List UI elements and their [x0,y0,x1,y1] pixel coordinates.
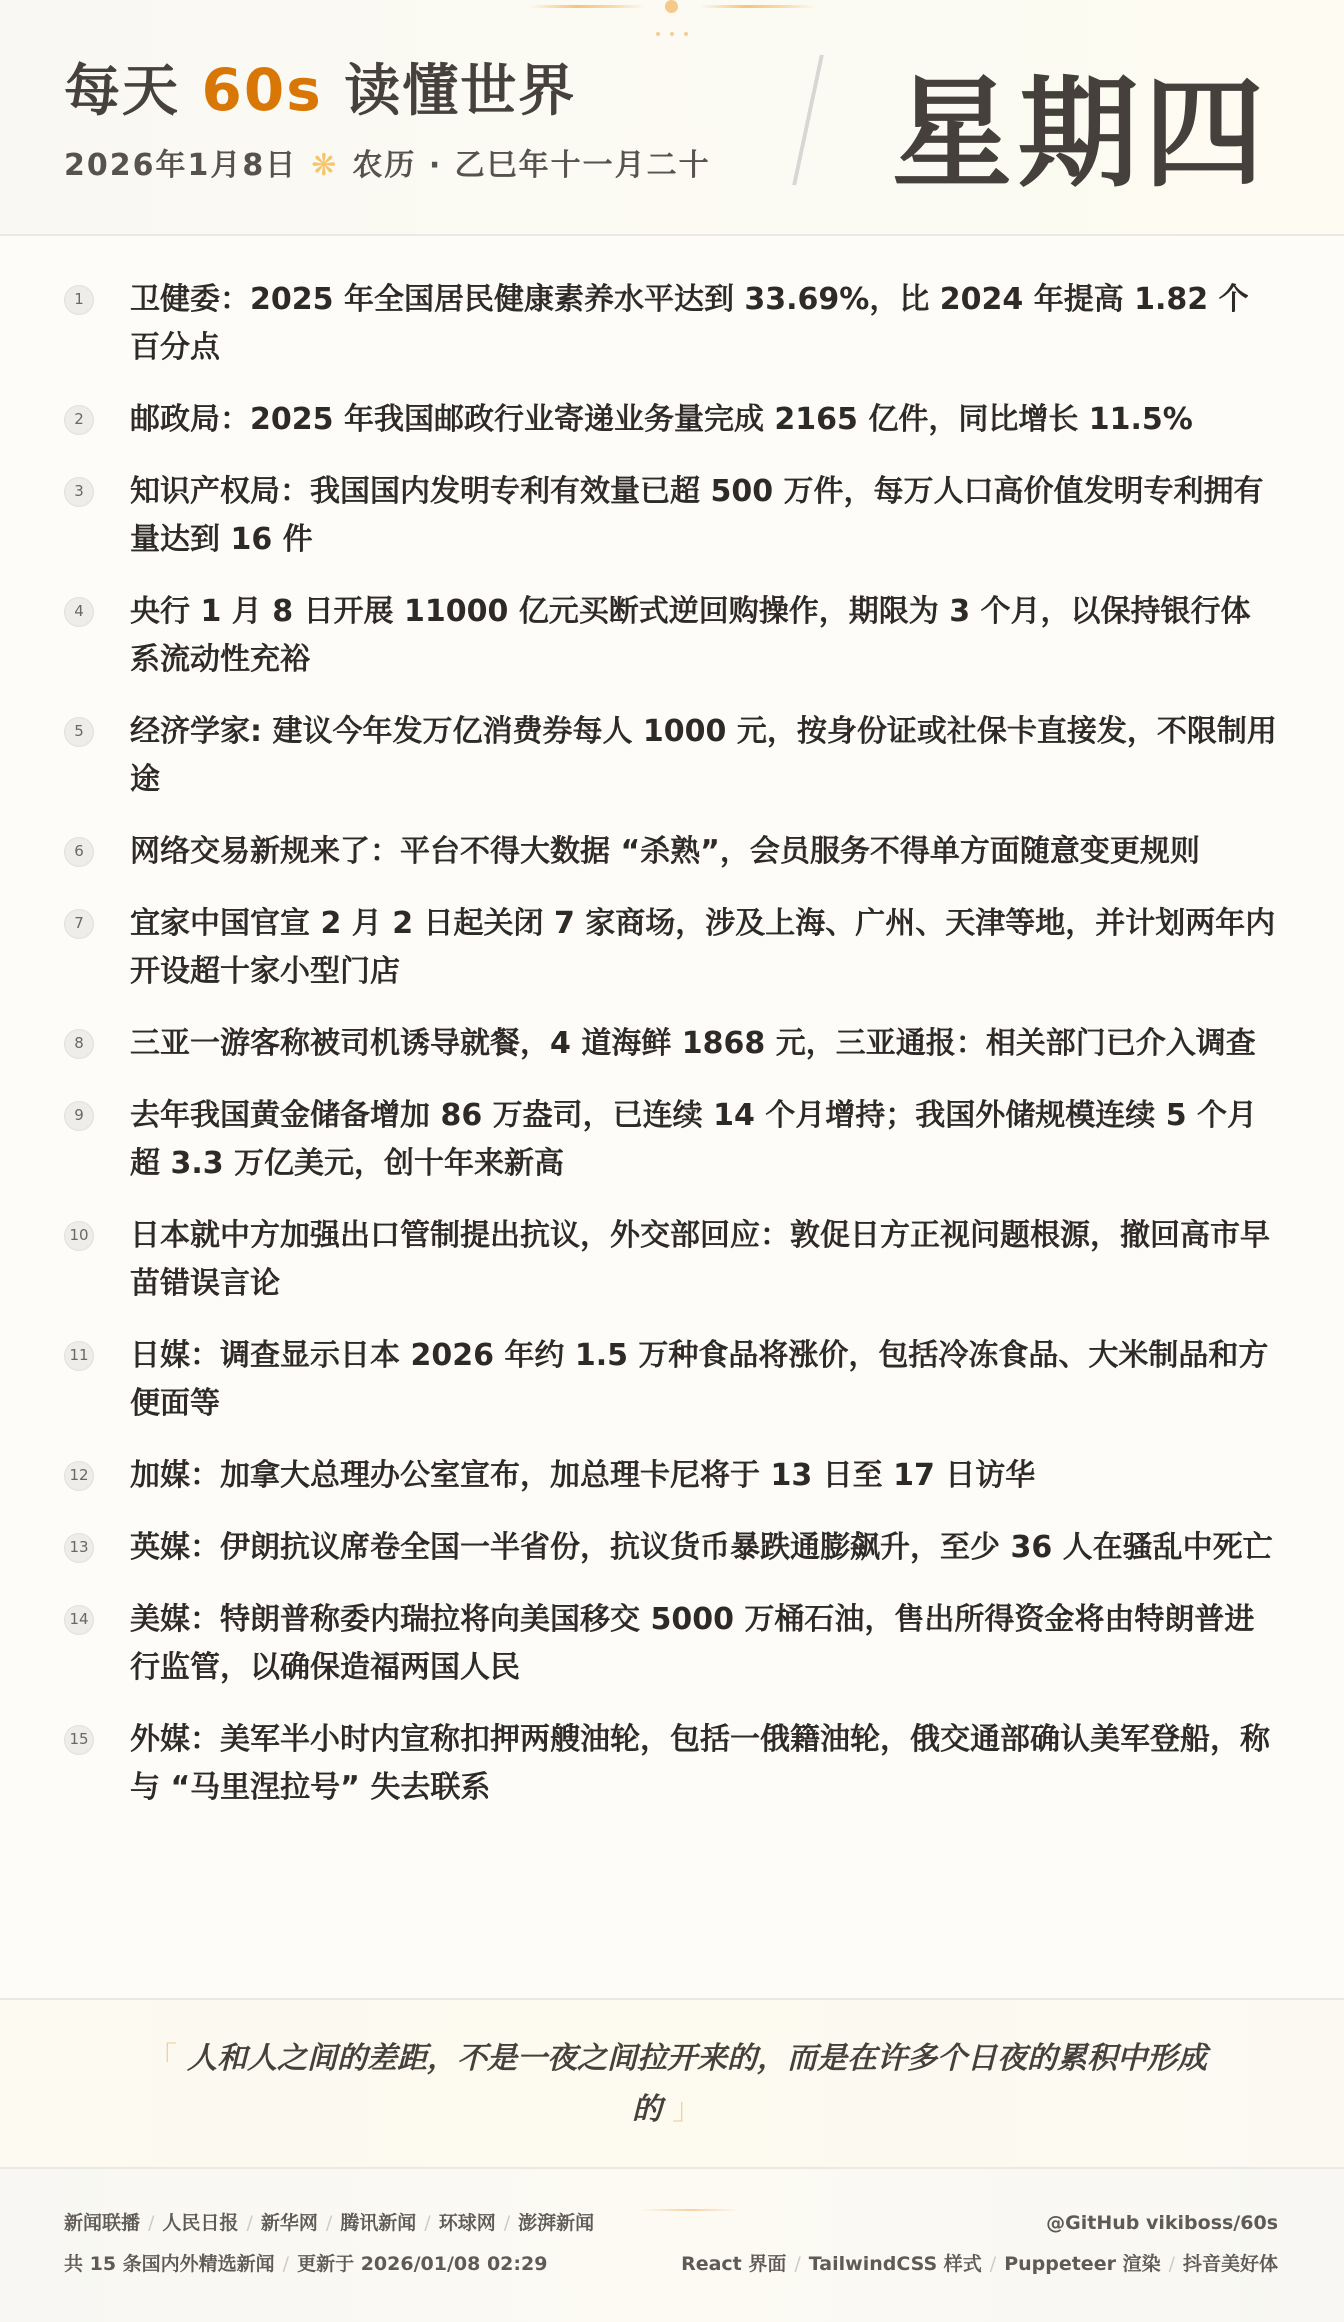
lunar-date: 农历 · 乙巳年十一月二十 [352,148,710,183]
news-count: 共 15 条国内外精选新闻 [64,2253,275,2275]
news-item: 3知识产权局：我国国内发明专利有效量已超 500 万件，每万人口高价值发明专利拥… [0,468,1344,564]
divider-slash [792,55,824,185]
item-number-badge: 2 [64,405,94,435]
news-item: 2邮政局：2025 年我国邮政行业寄递业务量完成 2165 亿件，同比增长 11… [0,396,1344,444]
news-item: 15外媒：美军半小时内宣称扣押两艘油轮，包括一俄籍油轮，俄交通部确认美军登船，称… [0,1716,1344,1812]
news-headline: 知识产权局：我国国内发明专利有效量已超 500 万件，每万人口高价值发明专利拥有… [130,468,1278,564]
top-decoration-dot [665,0,678,13]
separator: / [326,2212,332,2234]
weekday: 星期四 [892,50,1270,220]
item-number-badge: 9 [64,1101,94,1131]
news-headline: 外媒：美军半小时内宣称扣押两艘油轮，包括一俄籍油轮，俄交通部确认美军登船，称与 … [130,1716,1278,1812]
news-headline: 央行 1 月 8 日开展 11000 亿元买断式逆回购操作，期限为 3 个月，以… [130,588,1278,684]
separator: / [990,2253,996,2275]
quote-section: 「人和人之间的差距，不是一夜之间拉开来的，而是在许多个日夜的累积中形成的」 [0,1998,1344,2169]
tech-stack: React 界面/TailwindCSS 样式/Puppeteer 渲染/抖音美… [681,2251,1278,2277]
item-number-badge: 5 [64,717,94,747]
news-headline: 宜家中国官宣 2 月 2 日起关闭 7 家商场，涉及上海、广州、天津等地，并计划… [130,900,1278,996]
footer: 新闻联播/人民日报/新华网/腾讯新闻/环球网/澎湃新闻 共 15 条国内外精选新… [0,2169,1344,2322]
item-number-badge: 12 [64,1461,94,1491]
item-number-badge: 6 [64,837,94,867]
news-headline: 去年我国黄金储备增加 86 万盎司，已连续 14 个月增持；我国外储规模连续 5… [130,1092,1278,1188]
gregorian-date: 2026年1月8日 [64,148,297,183]
separator: / [148,2212,154,2234]
news-item: 5经济学家: 建议今年发万亿消费券每人 1000 元，按身份证或社保卡直接发，不… [0,708,1344,804]
news-item: 1卫健委：2025 年全国居民健康素养水平达到 33.69%，比 2024 年提… [0,276,1344,372]
item-number-badge: 13 [64,1533,94,1563]
item-number-badge: 4 [64,597,94,627]
separator: / [283,2253,289,2275]
news-headline: 网络交易新规来了：平台不得大数据 “杀熟”，会员服务不得单方面随意变更规则 [130,828,1278,876]
daily-quote: 「人和人之间的差距，不是一夜之间拉开来的，而是在许多个日夜的累积中形成的」 [112,2033,1232,2135]
news-source: 腾讯新闻 [340,2212,416,2234]
top-decoration-line-left [530,5,646,8]
news-headline: 卫健委：2025 年全国居民健康素养水平达到 33.69%，比 2024 年提高… [130,276,1278,372]
separator: / [246,2212,252,2234]
top-decoration-line-right [700,5,816,8]
news-headline: 加媒：加拿大总理办公室宣布，加总理卡尼将于 13 日至 17 日访华 [130,1452,1278,1500]
news-source: 人民日报 [162,2212,238,2234]
date-line: 2026年1月8日❋农历 · 乙巳年十一月二十 [64,146,711,186]
news-headline: 日本就中方加强出口管制提出抗议，外交部回应：敦促日方正视问题根源，撤回高市早苗错… [130,1212,1278,1308]
news-source: 澎湃新闻 [518,2212,594,2234]
separator: / [504,2212,510,2234]
item-number-badge: 3 [64,477,94,507]
item-number-badge: 10 [64,1221,94,1251]
decoration-dot-icon [656,32,660,36]
quote-close-mark: 」 [672,2092,702,2127]
github-credit: @GitHub vikiboss/60s [1046,2210,1278,2236]
news-item: 12加媒：加拿大总理办公室宣布，加总理卡尼将于 13 日至 17 日访华 [0,1452,1344,1500]
news-item: 9去年我国黄金储备增加 86 万盎司，已连续 14 个月增持；我国外储规模连续 … [0,1092,1344,1188]
news-headline: 美媒：特朗普称委内瑞拉将向美国移交 5000 万桶石油，售出所得资金将由特朗普进… [130,1596,1278,1692]
news-sources: 新闻联播/人民日报/新华网/腾讯新闻/环球网/澎湃新闻 [64,2210,594,2236]
separator: / [424,2212,430,2234]
news-item: 11日媒：调查显示日本 2026 年约 1.5 万种食品将涨价，包括冷冻食品、大… [0,1332,1344,1428]
item-number-badge: 1 [64,285,94,315]
news-meta: 共 15 条国内外精选新闻/更新于 2026/01/08 02:29 [64,2251,547,2277]
item-number-badge: 15 [64,1725,94,1755]
decoration-dot-icon [670,32,674,36]
title-suffix: 读懂世界 [323,59,577,124]
news-item: 7宜家中国官宣 2 月 2 日起关闭 7 家商场，涉及上海、广州、天津等地，并计… [0,900,1344,996]
tech-item: 抖音美好体 [1183,2253,1278,2275]
quote-open-mark: 「 [147,2041,177,2076]
tech-item: Puppeteer 渲染 [1004,2253,1160,2275]
news-list: 1卫健委：2025 年全国居民健康素养水平达到 33.69%，比 2024 年提… [0,276,1344,1836]
news-headline: 邮政局：2025 年我国邮政行业寄递业务量完成 2165 亿件，同比增长 11.… [130,396,1278,444]
page-title: 每天 60s 读懂世界 [64,52,576,130]
item-number-badge: 8 [64,1029,94,1059]
separator: / [1169,2253,1175,2275]
item-number-badge: 14 [64,1605,94,1635]
news-item: 8三亚一游客称被司机诱导就餐，4 道海鲜 1868 元，三亚通报：相关部门已介入… [0,1020,1344,1068]
header: 每天 60s 读懂世界 2026年1月8日❋农历 · 乙巳年十一月二十 星期四 [0,0,1344,236]
news-headline: 日媒：调查显示日本 2026 年约 1.5 万种食品将涨价，包括冷冻食品、大米制… [130,1332,1278,1428]
title-prefix: 每天 [64,59,202,124]
footer-decoration [640,2209,740,2211]
decoration-dot-icon [684,32,688,36]
news-item: 13英媒：伊朗抗议席卷全国一半省份，抗议货币暴跌通膨飙升，至少 36 人在骚乱中… [0,1524,1344,1572]
news-item: 6网络交易新规来了：平台不得大数据 “杀熟”，会员服务不得单方面随意变更规则 [0,828,1344,876]
title-accent: 60s [202,56,323,124]
flower-separator-icon: ❋ [311,148,338,183]
news-headline: 三亚一游客称被司机诱导就餐，4 道海鲜 1868 元，三亚通报：相关部门已介入调… [130,1020,1278,1068]
news-source: 环球网 [439,2212,496,2234]
update-time: 更新于 2026/01/08 02:29 [297,2253,547,2275]
news-source: 新华网 [261,2212,318,2234]
news-headline: 英媒：伊朗抗议席卷全国一半省份，抗议货币暴跌通膨飙升，至少 36 人在骚乱中死亡 [130,1524,1278,1572]
tech-item: React 界面 [681,2253,786,2275]
news-item: 10日本就中方加强出口管制提出抗议，外交部回应：敦促日方正视问题根源，撤回高市早… [0,1212,1344,1308]
item-number-badge: 7 [64,909,94,939]
news-item: 4央行 1 月 8 日开展 11000 亿元买断式逆回购操作，期限为 3 个月，… [0,588,1344,684]
tech-item: TailwindCSS 样式 [809,2253,982,2275]
separator: / [794,2253,800,2275]
news-headline: 经济学家: 建议今年发万亿消费券每人 1000 元，按身份证或社保卡直接发，不限… [130,708,1278,804]
item-number-badge: 11 [64,1341,94,1371]
news-source: 新闻联播 [64,2212,140,2234]
news-item: 14美媒：特朗普称委内瑞拉将向美国移交 5000 万桶石油，售出所得资金将由特朗… [0,1596,1344,1692]
